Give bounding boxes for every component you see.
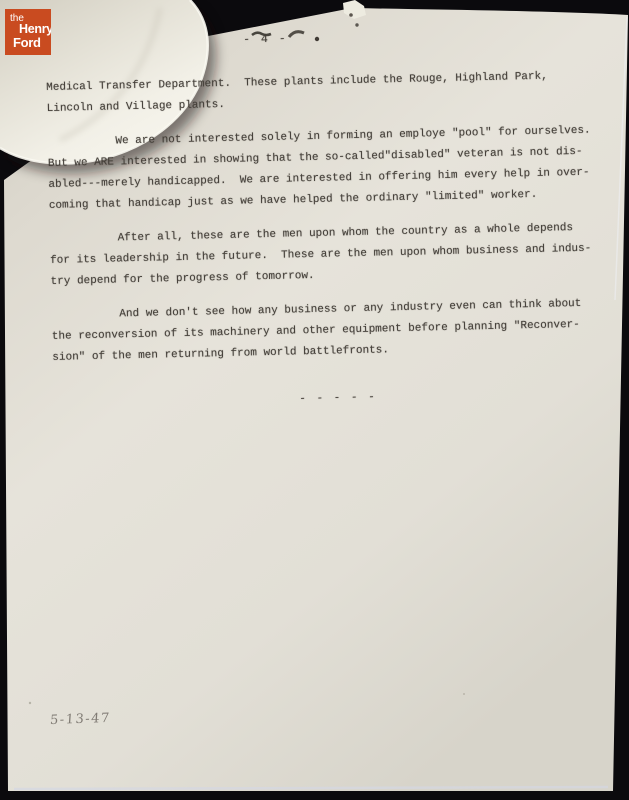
scanned-document-photo: the Henry Ford - 4 - Medical Transfer De…: [0, 0, 629, 800]
ink-dot-2: [355, 23, 358, 26]
ink-dot-1: [315, 37, 319, 41]
staple-mark: [349, 13, 353, 17]
typed-paragraph: And we don't see how any business or any…: [51, 294, 600, 369]
page-number: - 4 -: [243, 33, 288, 47]
typed-paragraph: After all, these are the men upon whom t…: [49, 218, 598, 293]
handwritten-date: 5-13-47: [49, 711, 111, 728]
paper-speck-2: [463, 693, 465, 695]
typed-text-block: - 4 - Medical Transfer Department. These…: [46, 66, 602, 416]
typed-paragraph: We are not interested solely in forming …: [47, 121, 597, 217]
typed-paragraphs: Medical Transfer Department. These plant…: [46, 66, 600, 369]
paper-speck-1: [29, 702, 31, 704]
logo-word-ford: Ford: [13, 36, 41, 49]
henry-ford-logo: the Henry Ford: [5, 9, 51, 55]
logo-word-henry: Henry: [19, 23, 51, 36]
